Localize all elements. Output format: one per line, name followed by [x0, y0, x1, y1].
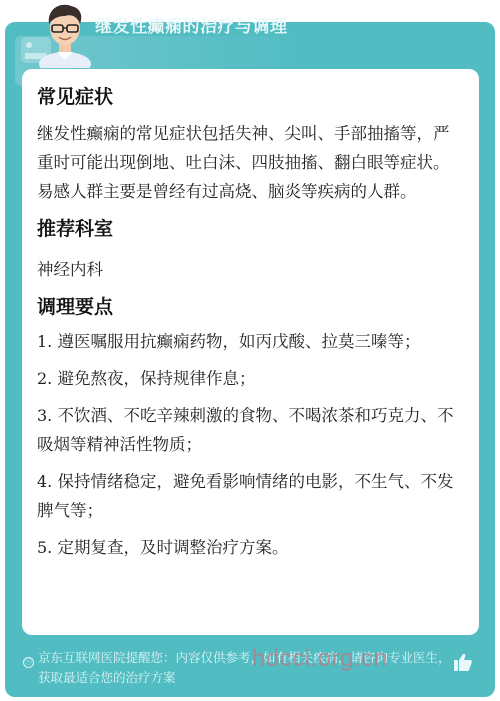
care-heading: 调理要点 [37, 293, 463, 321]
list-item: 3. 不饮酒、不吃辛辣刺激的食物、不喝浓茶和巧克力、不吸烟等精神活性物质； [37, 401, 463, 459]
disclaimer-text: 京东互联网医院提醒您：内容仅供参考，如有相关疾病，请咨询专业医生，获取最适合您的… [20, 648, 460, 688]
department-text: 神经内科 [37, 255, 463, 284]
thumbs-up-icon[interactable] [453, 652, 473, 672]
list-item: 1. 遵医嘱服用抗癫痫药物，如丙戊酸、拉莫三嗪等； [37, 327, 463, 356]
care-list: 1. 遵医嘱服用抗癫痫药物，如丙戊酸、拉莫三嗪等； 2. 避免熬夜，保持规律作息… [37, 327, 463, 562]
doctor-avatar [35, 0, 95, 68]
list-item: 4. 保持情绪稳定，避免看影响情绪的电影，不生气、不发脾气等； [37, 467, 463, 525]
page-title: 继发性癫痫的治疗与调理 [95, 12, 288, 37]
list-item: 5. 定期复查，及时调整治疗方案。 [37, 533, 463, 562]
content-panel: 常见症状 继发性癫痫的常见症状包括失神、尖叫、手部抽搐等，严重时可能出现倒地、吐… [22, 69, 479, 635]
list-item: 2. 避免熬夜，保持规律作息； [37, 364, 463, 393]
symptoms-heading: 常见症状 [37, 83, 463, 111]
watermark: hdcci.org.cn [252, 645, 387, 673]
department-heading: 推荐科室 [37, 215, 463, 243]
symptoms-text: 继发性癫痫的常见症状包括失神、尖叫、手部抽搐等，严重时可能出现倒地、吐白沫、四肢… [37, 119, 463, 206]
